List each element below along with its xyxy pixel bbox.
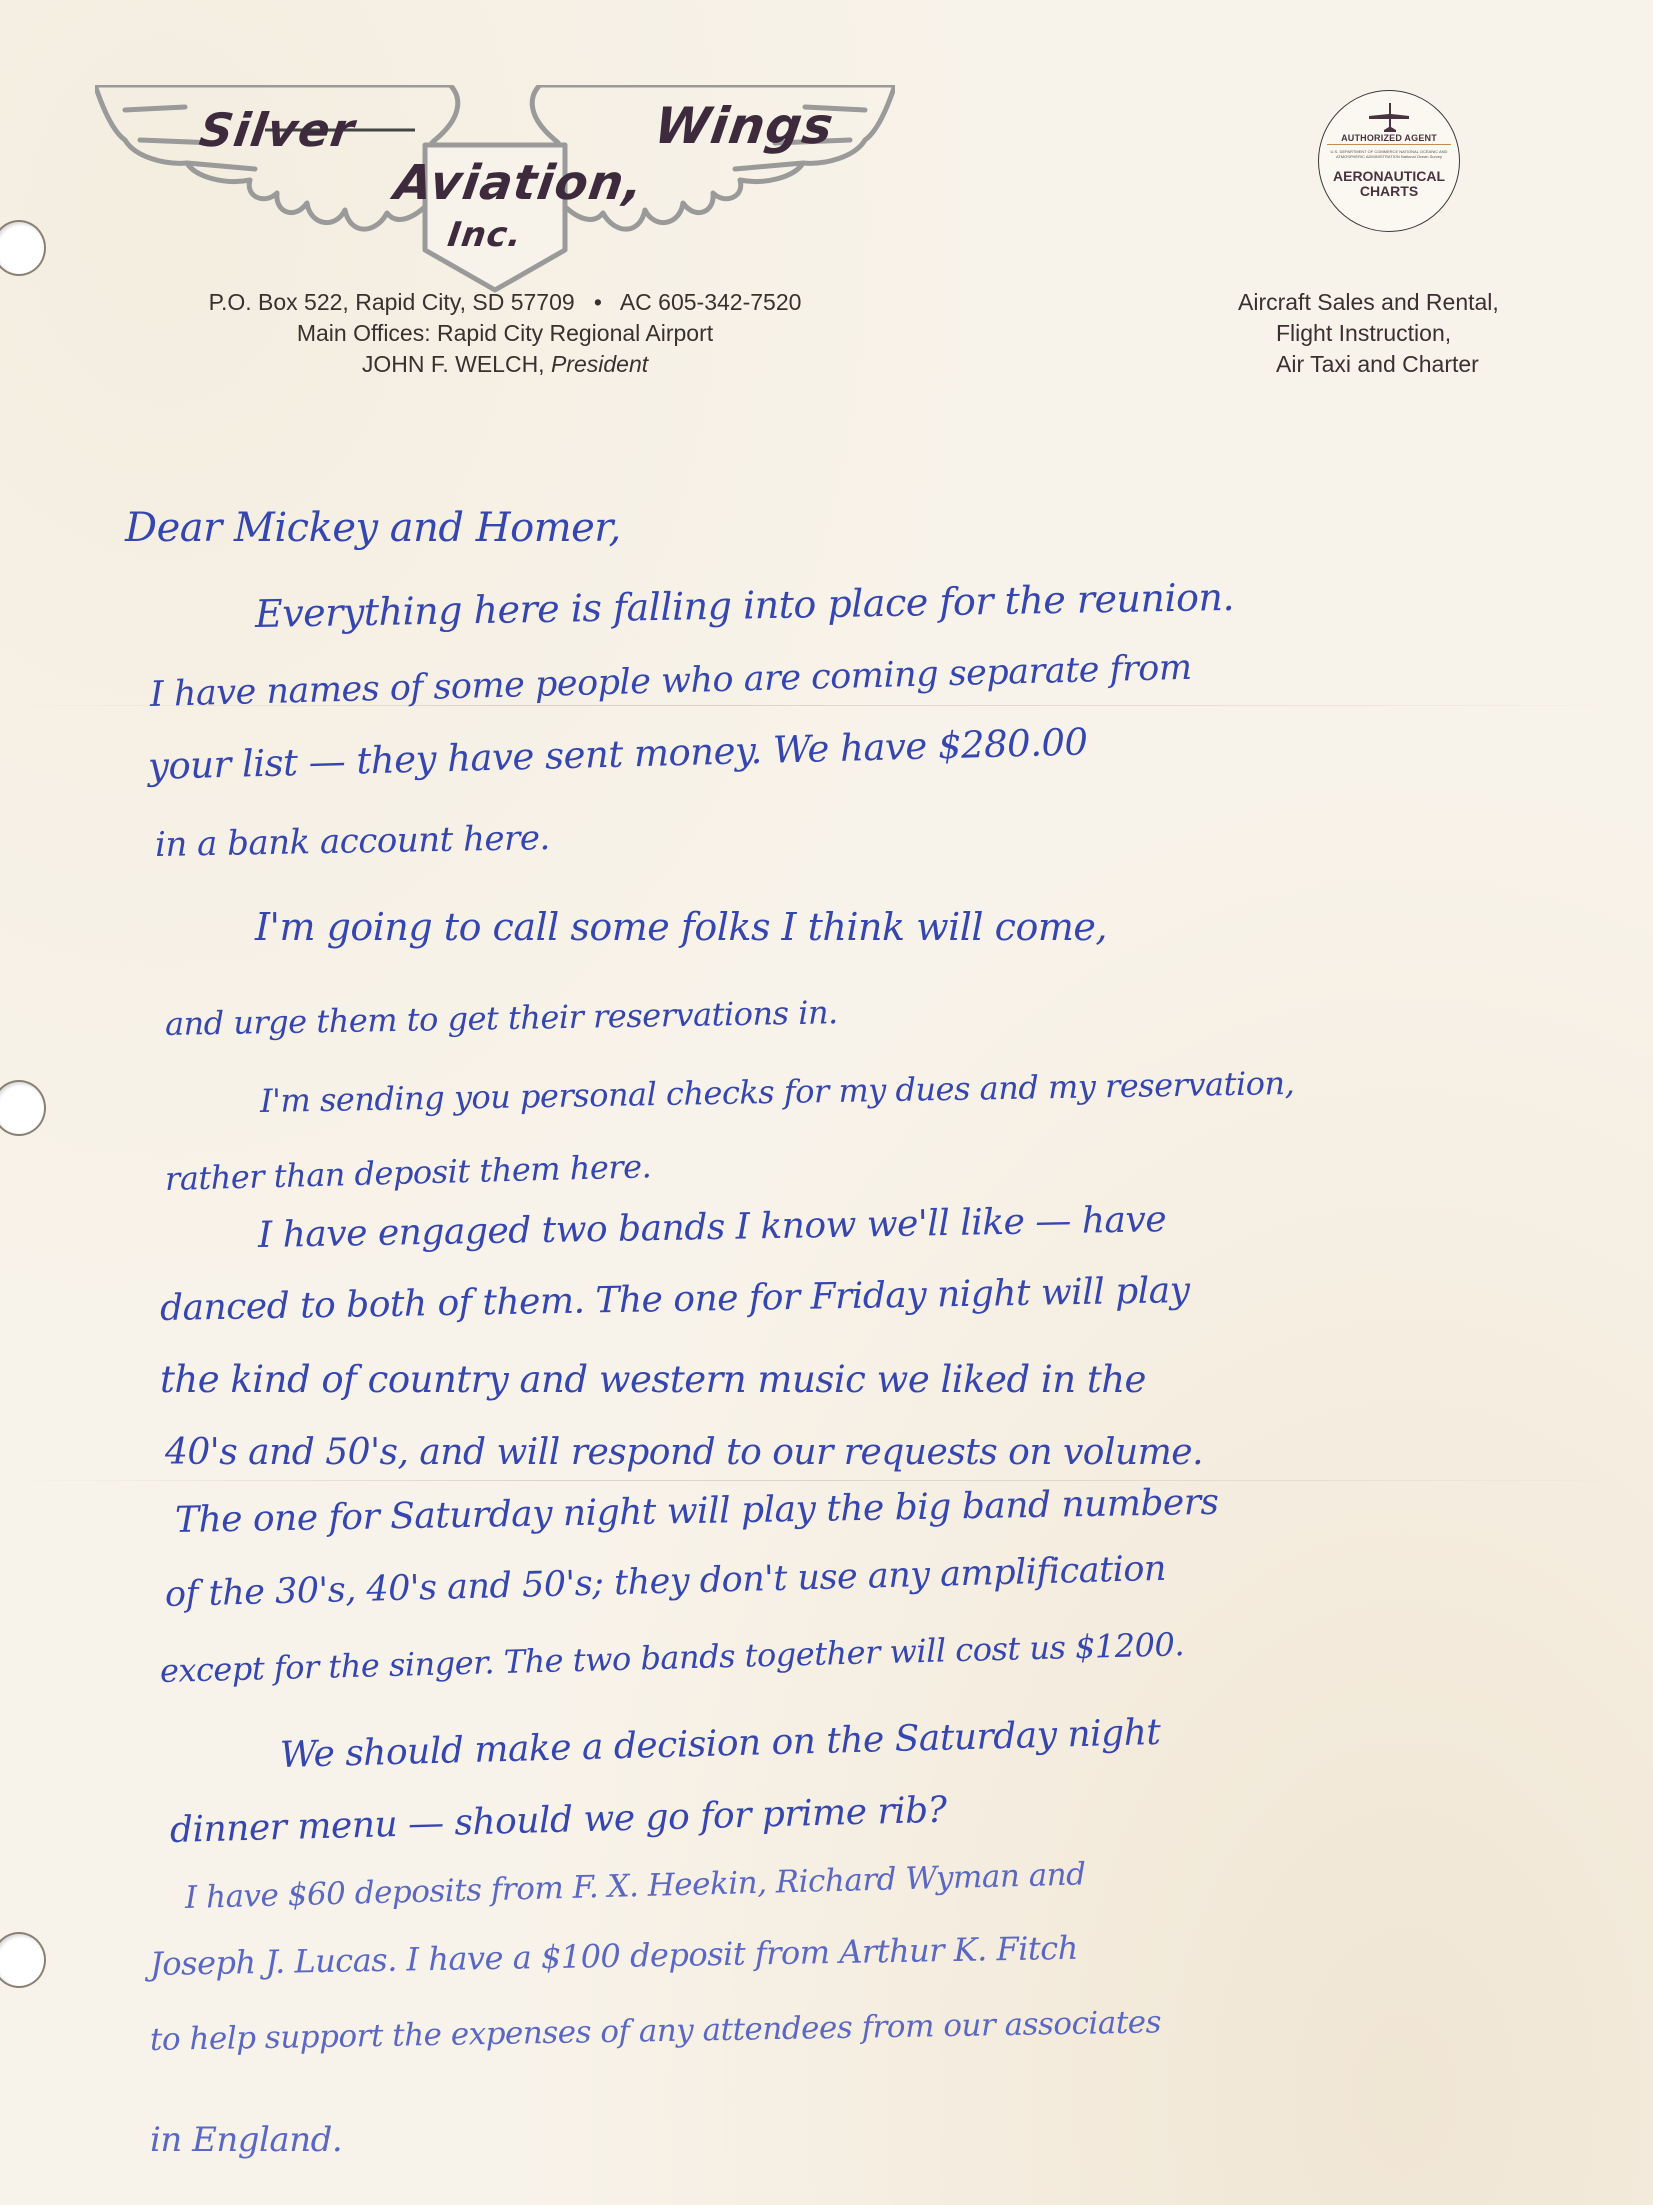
letter-line: I'm going to call some folks I think wil… bbox=[255, 905, 1107, 949]
president-name: JOHN F. WELCH, bbox=[362, 351, 545, 377]
letter-line: in England. bbox=[150, 2120, 342, 2160]
company-address: P.O. Box 522, Rapid City, SD 57709 • AC … bbox=[115, 287, 895, 380]
bullet-separator: • bbox=[594, 289, 602, 315]
airplane-icon bbox=[1369, 103, 1409, 133]
badge-line-charts: CHARTS bbox=[1323, 184, 1455, 199]
company-logo: Silver Wings Aviation, Inc. bbox=[95, 85, 895, 295]
badge-authorized-agent: AUTHORIZED AGENT bbox=[1327, 133, 1451, 145]
letter-line: 40's and 50's, and will respond to our r… bbox=[165, 1432, 1203, 1473]
salutation: Dear Mickey and Homer, bbox=[125, 505, 621, 551]
main-offices: Main Offices: Rapid City Regional Airpor… bbox=[115, 318, 895, 349]
aeronautical-charts-badge: AUTHORIZED AGENT U.S. DEPARTMENT OF COMM… bbox=[1318, 90, 1460, 232]
logo-word-silver: Silver bbox=[196, 103, 358, 157]
fold-line bbox=[0, 1480, 1653, 1481]
po-box: P.O. Box 522, Rapid City, SD 57709 bbox=[209, 289, 575, 315]
logo-word-wings: Wings bbox=[651, 97, 838, 155]
president-title: President bbox=[551, 351, 648, 377]
logo-word-inc: Inc. bbox=[445, 215, 525, 255]
service-item: Flight Instruction, bbox=[1238, 318, 1499, 349]
badge-agency: U.S. DEPARTMENT OF COMMERCE NATIONAL OCE… bbox=[1329, 149, 1449, 159]
services-list: Aircraft Sales and Rental, Flight Instru… bbox=[1238, 287, 1499, 380]
logo-word-aviation: Aviation, bbox=[391, 155, 647, 211]
letter-line: in a bank account here. bbox=[155, 818, 550, 865]
badge-aeronautical-charts: AERONAUTICAL CHARTS bbox=[1323, 169, 1455, 199]
service-item: Aircraft Sales and Rental, bbox=[1238, 287, 1499, 318]
phone-number: AC 605-342-7520 bbox=[620, 289, 802, 315]
service-item: Air Taxi and Charter bbox=[1238, 349, 1499, 380]
letter-line: the kind of country and western music we… bbox=[160, 1358, 1146, 1401]
badge-line-aeronautical: AERONAUTICAL bbox=[1323, 169, 1455, 184]
